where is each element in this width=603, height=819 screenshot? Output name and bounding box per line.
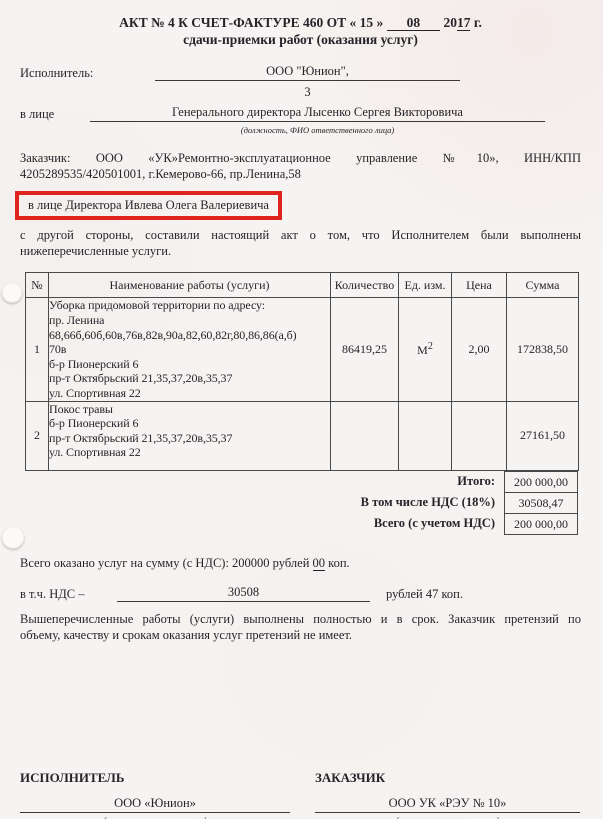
document-title: АКТ № 4 К СЧЕТ-ФАКТУРЕ 460 ОТ « 15 » 08 … (20, 14, 581, 31)
row2-qty (331, 401, 399, 470)
row1-num: 1 (26, 298, 49, 401)
signature-customer: ЗАКАЗЧИК ООО УК «РЭУ № 10» (наименование… (315, 770, 581, 819)
total-row-itogo: Итого: 200 000,00 (25, 471, 578, 493)
row1-line3: 68,66б,60б,60в,76в,82в,90а,82,60,82г,80,… (49, 328, 330, 343)
total-label: Всего (с учетом НДС) (25, 513, 504, 535)
intro-line2: нижеперечисленные услуги. (20, 244, 581, 260)
closing-paragraph: Вышеперечисленные работы (услуги) выполн… (20, 612, 581, 643)
header-unit: Ед. изм. (399, 273, 452, 298)
row1-sum: 172838,50 (507, 298, 579, 401)
total-sum-kop: 00 (313, 556, 326, 571)
executor-value: ООО "Юнион", (155, 64, 460, 81)
in-person-value: Генерального директора Лысенко Сергея Ви… (90, 105, 545, 122)
row2-line2: б-р Пионерский 6 (49, 416, 330, 431)
page-mark: 3 (155, 85, 460, 100)
row2-sum: 27161,50 (507, 401, 579, 470)
row1-line4: 70в (49, 342, 330, 357)
total-sum-prefix: Всего оказано услуг на сумму (с НДС): 20… (20, 556, 309, 570)
title-year-era: г. (474, 15, 482, 30)
row1-name: Уборка придомовой территории по адресу: … (49, 298, 331, 401)
title-month: 08 (387, 15, 441, 31)
title-year-first: 20 (443, 15, 457, 30)
row1-price: 2,00 (452, 298, 507, 401)
row1-line5: б-р Пионерский 6 (49, 357, 330, 372)
customer-org-name: ООО УК «РЭУ № 10» (315, 796, 580, 813)
row1-unit: М2 (399, 298, 452, 401)
row1-unit-base: М (417, 343, 428, 357)
document-subtitle: сдачи-приемки работ (оказания услуг) (20, 31, 581, 48)
row1-line6: пр-т Октябрьский 21,35,37,20в,35,37 (49, 371, 330, 386)
highlighted-line-box: в лице Директора Ивлева Олега Валериевич… (15, 191, 282, 220)
table-row: 1 Уборка придомовой территории по адресу… (26, 298, 579, 401)
customer-role-label: ЗАКАЗЧИК (315, 770, 581, 786)
closing-line2: объему, качеству и срокам оказания услуг… (20, 628, 581, 644)
vat-suffix: рублей 47 коп. (386, 587, 463, 602)
header-qty: Количество (331, 273, 399, 298)
executor-org-caption: (наименование организации) (20, 815, 290, 819)
customer-paragraph: Заказчик: ООО «УК»Ремонтно-эксплуатацион… (20, 151, 581, 182)
total-row-vsego: Всего (с учетом НДС) 200 000,00 (25, 513, 578, 535)
executor-row: Исполнитель: ООО "Юнион", (20, 64, 581, 81)
intro-line1: с другой стороны, составили настоящий ак… (20, 228, 581, 244)
executor-org-name: ООО «Юнион» (20, 796, 290, 813)
executor-role-label: ИСПОЛНИТЕЛЬ (20, 770, 305, 786)
row2-price (452, 401, 507, 470)
signature-executor: ИСПОЛНИТЕЛЬ ООО «Юнион» (наименование ор… (20, 770, 305, 819)
total-value: 30508,47 (504, 492, 578, 514)
row2-unit (399, 401, 452, 470)
customer-line2: 4205289535/420501001, г.Кемерово-66, пр.… (20, 167, 581, 183)
table-header-row: № Наименование работы (услуги) Количеств… (26, 273, 579, 298)
table-row: 2 Покос травы б-р Пионерский 6 пр-т Октя… (26, 401, 579, 470)
row1-qty: 86419,25 (331, 298, 399, 401)
in-person-row: в лице Генерального директора Лысенко Се… (20, 105, 581, 122)
total-label: В том числе НДС (18%) (25, 492, 504, 514)
in-person-label: в лице (20, 107, 90, 122)
totals-block: Итого: 200 000,00 В том числе НДС (18%) … (25, 471, 578, 535)
title-text: АКТ № 4 К СЧЕТ-ФАКТУРЕ 460 ОТ « 15 » (119, 15, 383, 30)
header-price: Цена (452, 273, 507, 298)
in-person-caption: (должность, ФИО ответственного лица) (90, 125, 545, 135)
header-num: № (26, 273, 49, 298)
row1-unit-sup: 2 (428, 341, 433, 352)
vat-value: 30508 (117, 585, 370, 602)
header-sum: Сумма (507, 273, 579, 298)
row1-line1: Уборка придомовой территории по адресу: (49, 298, 330, 313)
signatures-block: ИСПОЛНИТЕЛЬ ООО «Юнион» (наименование ор… (20, 770, 581, 819)
services-table: № Наименование работы (услуги) Количеств… (25, 272, 579, 471)
executor-label: Исполнитель: (20, 66, 155, 81)
total-sum-line: Всего оказано услуг на сумму (с НДС): 20… (20, 555, 581, 572)
total-value: 200 000,00 (504, 471, 578, 493)
punch-hole-bottom (2, 527, 24, 549)
vat-label: в т.ч. НДС – (20, 587, 117, 602)
total-label: Итого: (25, 471, 504, 493)
row2-line4: ул. Спортивная 22 (49, 445, 330, 460)
intro-paragraph: с другой стороны, составили настоящий ак… (20, 228, 581, 259)
row2-line1: Покос травы (49, 402, 330, 417)
total-row-nds: В том числе НДС (18%) 30508,47 (25, 492, 578, 514)
punch-hole-top (2, 283, 22, 303)
row1-line2: пр. Ленина (49, 313, 330, 328)
closing-line1: Вышеперечисленные работы (услуги) выполн… (20, 612, 581, 628)
row1-line7: ул. Спортивная 22 (49, 386, 330, 401)
total-value: 200 000,00 (504, 513, 578, 535)
scanned-act-document: АКТ № 4 К СЧЕТ-ФАКТУРЕ 460 ОТ « 15 » 08 … (0, 0, 603, 819)
header-name: Наименование работы (услуги) (49, 273, 331, 298)
row2-num: 2 (26, 401, 49, 470)
vat-line: в т.ч. НДС – 30508 рублей 47 коп. (20, 585, 581, 602)
customer-line1: Заказчик: ООО «УК»Ремонтно-эксплуатацион… (20, 151, 581, 167)
total-sum-suffix: коп. (328, 556, 350, 570)
row2-name: Покос травы б-р Пионерский 6 пр-т Октябр… (49, 401, 331, 470)
highlighted-line-text: в лице Директора Ивлева Олега Валериевич… (28, 198, 269, 212)
title-year-last: 17 (457, 15, 471, 31)
customer-org-caption: (наименование организации) (315, 815, 580, 819)
row2-line3: пр-т Октябрьский 21,35,37,20в,35,37 (49, 431, 330, 446)
